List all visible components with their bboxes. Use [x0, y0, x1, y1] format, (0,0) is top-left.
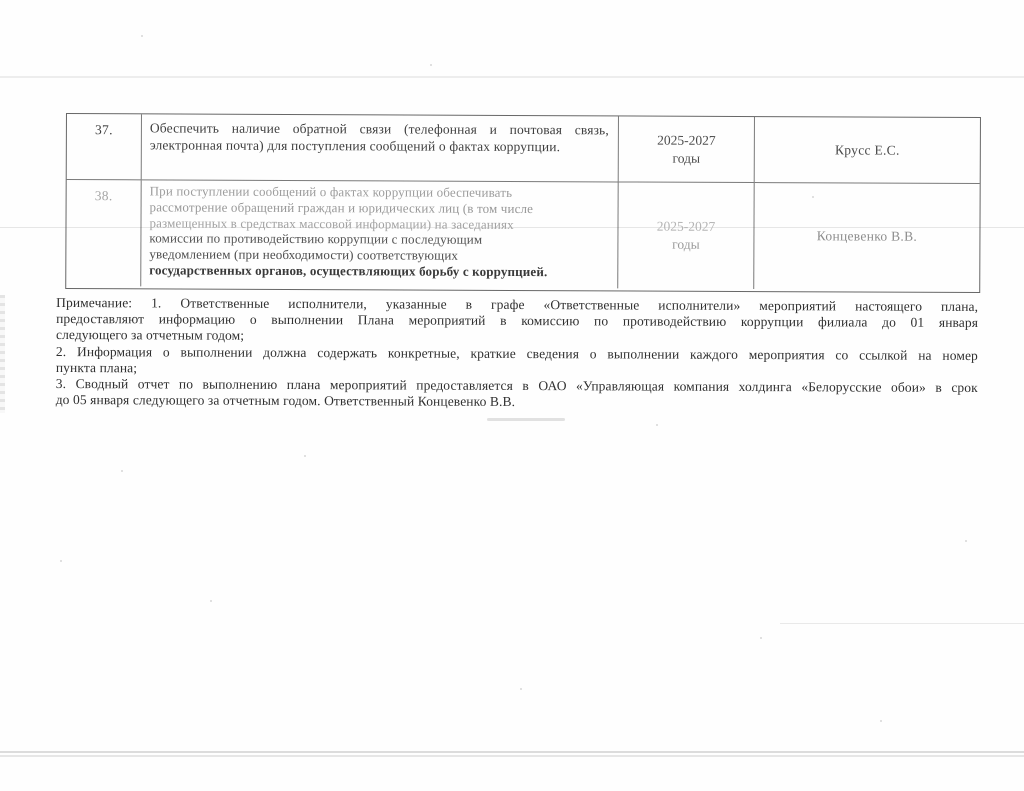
row-38-activity-cell: При поступлении сообщений о фактах корру…: [141, 180, 618, 288]
activity-line: электронная почта) для поступления сообщ…: [150, 136, 609, 155]
row-37-number-cell: 37.: [67, 114, 142, 180]
note-paragraph-2: 2. Информация о выполнении должна содерж…: [56, 344, 978, 380]
activity-line: Обеспечить наличие обратной связи (телеф…: [150, 119, 609, 138]
row-37-activity-cell: Обеспечить наличие обратной связи (телеф…: [142, 114, 619, 182]
activity-line: рассмотрение обращений граждан и юридиче…: [150, 199, 608, 217]
plan-table: 37. Обеспечить наличие обратной связи (т…: [65, 113, 981, 293]
responsible-name: Концевенко В.В.: [817, 227, 917, 245]
responsible-name: Крусс Е.С.: [835, 141, 900, 159]
period-word: годы: [672, 149, 700, 167]
note-paragraph-3: 3. Сводный отчет по выполнению плана мер…: [56, 376, 978, 412]
period-word: годы: [672, 236, 700, 254]
activity-line: государственных органов, осуществляющих …: [149, 262, 607, 280]
row-37-period-cell: 2025-2027 годы: [619, 116, 755, 183]
page-content: 37. Обеспечить наличие обратной связи (т…: [0, 0, 1024, 791]
row-38-responsible-cell: Концевенко В.В.: [754, 183, 979, 290]
notes-section: Примечание: 1. Ответственные исполнители…: [56, 295, 978, 412]
row-number: 37.: [95, 122, 113, 137]
row-37-responsible-cell: Крусс Е.С.: [755, 117, 980, 184]
row-number: 38.: [95, 188, 113, 203]
activity-line: При поступлении сообщений о фактах корру…: [150, 183, 608, 201]
period-years: 2025-2027: [657, 131, 716, 149]
row-38-number-cell: 38.: [66, 180, 141, 286]
scanned-document-page: 37. Обеспечить наличие обратной связи (т…: [0, 0, 1024, 791]
period-years: 2025-2027: [657, 218, 716, 236]
note-paragraph-1: Примечание: 1. Ответственные исполнители…: [56, 295, 978, 348]
row-38-period-cell: 2025-2027 годы: [618, 182, 754, 289]
